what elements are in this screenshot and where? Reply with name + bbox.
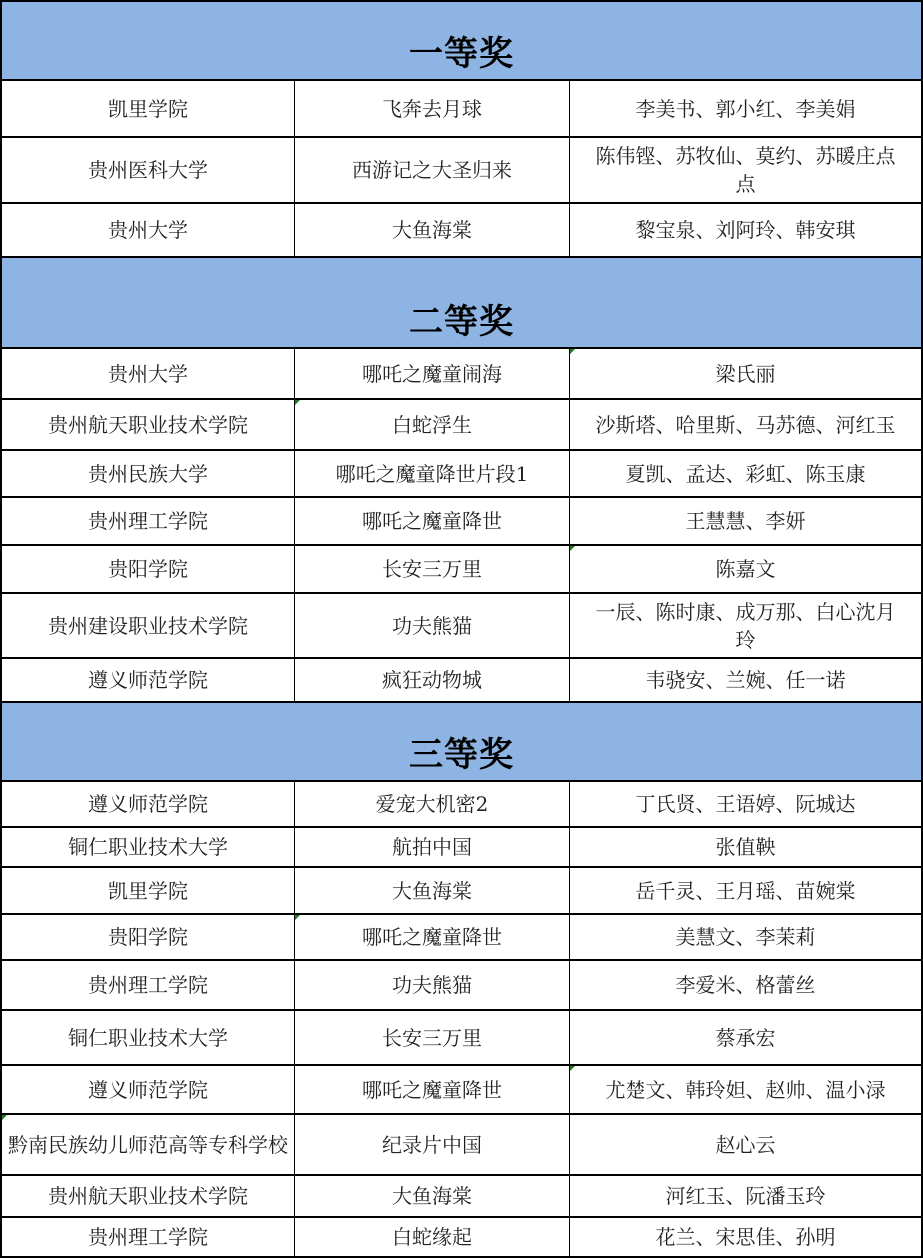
table-row: 贵阳学院 哪吒之魔童降世 美慧文、李茉莉 xyxy=(0,915,923,961)
work-cell: 长安三万里 xyxy=(295,1011,570,1064)
school-cell: 黔南民族幼儿师范高等专科学校 xyxy=(2,1115,295,1174)
work-cell: 西游记之大圣归来 xyxy=(295,138,570,202)
table-row: 贵州理工学院 白蛇缘起 花兰、宋思佳、孙明 xyxy=(0,1218,923,1258)
members-cell: 梁氏丽 xyxy=(570,349,921,398)
section-title: 一等奖 xyxy=(409,26,514,75)
school-cell: 贵州理工学院 xyxy=(2,961,295,1009)
table-row: 黔南民族幼儿师范高等专科学校 纪录片中国 赵心云 xyxy=(0,1115,923,1176)
school-cell: 贵阳学院 xyxy=(2,546,295,592)
work-cell: 纪录片中国 xyxy=(295,1115,570,1174)
school-cell: 遵义师范学院 xyxy=(2,782,295,826)
school-cell: 贵州建设职业技术学院 xyxy=(2,594,295,657)
section-header-first-prize: 一等奖 xyxy=(0,0,923,81)
school-cell: 贵州理工学院 xyxy=(2,1218,295,1256)
table-row: 凯里学院 飞奔去月球 李美书、郭小红、李美娟 xyxy=(0,81,923,138)
table-row: 贵州理工学院 功夫熊猫 李爱米、格蕾丝 xyxy=(0,961,923,1011)
members-cell: 一辰、陈时康、成万那、白心沈月玲 xyxy=(570,594,921,657)
table-row: 贵州理工学院 哪吒之魔童降世 王慧慧、李妍 xyxy=(0,498,923,546)
members-cell: 河红玉、阮潘玉玲 xyxy=(570,1176,921,1216)
work-cell: 爱宠大机密2 xyxy=(295,782,570,826)
table-row: 遵义师范学院 爱宠大机密2 丁氏贤、王语婷、阮城达 xyxy=(0,782,923,828)
award-sheet: 一等奖 凯里学院 飞奔去月球 李美书、郭小红、李美娟 贵州医科大学 西游记之大圣… xyxy=(0,0,923,1258)
table-row: 贵州医科大学 西游记之大圣归来 陈伟铿、苏牧仙、莫约、苏暖庄点点 xyxy=(0,138,923,204)
school-cell: 遵义师范学院 xyxy=(2,1066,295,1113)
members-cell: 岳千灵、王月瑶、苗婉棠 xyxy=(570,868,921,913)
school-cell: 铜仁职业技术大学 xyxy=(2,828,295,866)
table-row: 铜仁职业技术大学 航拍中国 张值鞅 xyxy=(0,828,923,868)
work-cell: 白蛇缘起 xyxy=(295,1218,570,1256)
work-cell: 航拍中国 xyxy=(295,828,570,866)
table-row: 铜仁职业技术大学 长安三万里 蔡承宏 xyxy=(0,1011,923,1066)
members-cell: 花兰、宋思佳、孙明 xyxy=(570,1218,921,1256)
table-row: 遵义师范学院 哪吒之魔童降世 尤楚文、韩玲妲、赵帅、温小渌 xyxy=(0,1066,923,1115)
members-cell: 蔡承宏 xyxy=(570,1011,921,1064)
table-row: 贵阳学院 长安三万里 陈嘉文 xyxy=(0,546,923,594)
section-header-second-prize: 二等奖 xyxy=(0,258,923,349)
work-cell: 哪吒之魔童降世 xyxy=(295,915,570,959)
members-cell: 陈伟铿、苏牧仙、莫约、苏暖庄点点 xyxy=(570,138,921,202)
section-title: 二等奖 xyxy=(409,294,514,343)
school-cell: 贵州大学 xyxy=(2,204,295,256)
members-cell: 沙斯塔、哈里斯、马苏德、河红玉 xyxy=(570,400,921,449)
section-header-third-prize: 三等奖 xyxy=(0,703,923,782)
school-cell: 贵州航天职业技术学院 xyxy=(2,1176,295,1216)
school-cell: 凯里学院 xyxy=(2,868,295,913)
work-cell: 哪吒之魔童降世片段1 xyxy=(295,451,570,496)
work-cell: 哪吒之魔童闹海 xyxy=(295,349,570,398)
members-cell: 美慧文、李茉莉 xyxy=(570,915,921,959)
members-cell: 陈嘉文 xyxy=(570,546,921,592)
work-cell: 大鱼海棠 xyxy=(295,868,570,913)
school-cell: 遵义师范学院 xyxy=(2,659,295,701)
table-row: 凯里学院 大鱼海棠 岳千灵、王月瑶、苗婉棠 xyxy=(0,868,923,915)
work-cell: 白蛇浮生 xyxy=(295,400,570,449)
work-cell: 疯狂动物城 xyxy=(295,659,570,701)
members-cell: 赵心云 xyxy=(570,1115,921,1174)
school-cell: 贵州理工学院 xyxy=(2,498,295,544)
school-cell: 贵州医科大学 xyxy=(2,138,295,202)
members-cell: 李美书、郭小红、李美娟 xyxy=(570,81,921,136)
school-cell: 贵州民族大学 xyxy=(2,451,295,496)
members-cell: 李爱米、格蕾丝 xyxy=(570,961,921,1009)
school-cell: 贵阳学院 xyxy=(2,915,295,959)
work-cell: 大鱼海棠 xyxy=(295,1176,570,1216)
table-row: 贵州航天职业技术学院 白蛇浮生 沙斯塔、哈里斯、马苏德、河红玉 xyxy=(0,400,923,451)
members-cell: 韦骁安、兰婉、任一诺 xyxy=(570,659,921,701)
table-row: 贵州大学 大鱼海棠 黎宝泉、刘阿玲、韩安琪 xyxy=(0,204,923,258)
members-cell: 丁氏贤、王语婷、阮城达 xyxy=(570,782,921,826)
table-row: 贵州大学 哪吒之魔童闹海 梁氏丽 xyxy=(0,349,923,400)
table-row: 贵州民族大学 哪吒之魔童降世片段1 夏凯、孟达、彩虹、陈玉康 xyxy=(0,451,923,498)
school-cell: 凯里学院 xyxy=(2,81,295,136)
school-cell: 铜仁职业技术大学 xyxy=(2,1011,295,1064)
school-cell: 贵州大学 xyxy=(2,349,295,398)
work-cell: 功夫熊猫 xyxy=(295,594,570,657)
table-row: 贵州航天职业技术学院 大鱼海棠 河红玉、阮潘玉玲 xyxy=(0,1176,923,1218)
school-cell: 贵州航天职业技术学院 xyxy=(2,400,295,449)
members-cell: 夏凯、孟达、彩虹、陈玉康 xyxy=(570,451,921,496)
members-cell: 张值鞅 xyxy=(570,828,921,866)
table-row: 贵州建设职业技术学院 功夫熊猫 一辰、陈时康、成万那、白心沈月玲 xyxy=(0,594,923,659)
work-cell: 长安三万里 xyxy=(295,546,570,592)
section-title: 三等奖 xyxy=(409,727,514,776)
work-cell: 飞奔去月球 xyxy=(295,81,570,136)
members-cell: 王慧慧、李妍 xyxy=(570,498,921,544)
work-cell: 功夫熊猫 xyxy=(295,961,570,1009)
members-cell: 黎宝泉、刘阿玲、韩安琪 xyxy=(570,204,921,256)
work-cell: 哪吒之魔童降世 xyxy=(295,498,570,544)
work-cell: 大鱼海棠 xyxy=(295,204,570,256)
table-row: 遵义师范学院 疯狂动物城 韦骁安、兰婉、任一诺 xyxy=(0,659,923,703)
work-cell: 哪吒之魔童降世 xyxy=(295,1066,570,1113)
members-cell: 尤楚文、韩玲妲、赵帅、温小渌 xyxy=(570,1066,921,1113)
